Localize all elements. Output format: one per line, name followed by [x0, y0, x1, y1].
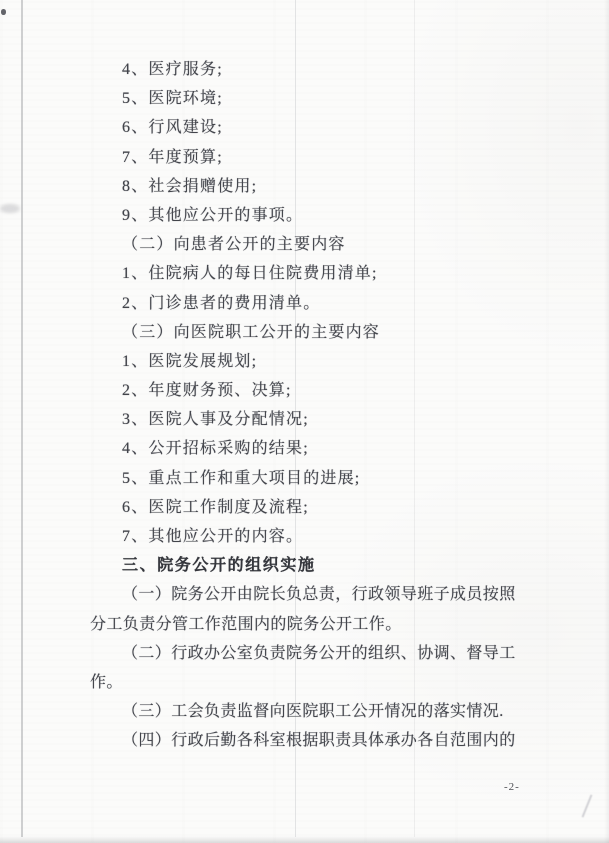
- scan-scratch: [582, 794, 593, 817]
- paragraph-line: （一）院务公开由院长负总责，行政领导班子成员按照: [90, 580, 526, 609]
- list-item: 4、公开招标采购的结果;: [90, 434, 526, 463]
- list-item: 6、行风建设;: [90, 113, 526, 142]
- list-item: 3、医院人事及分配情况;: [90, 405, 526, 434]
- paragraph-line: 作。: [90, 668, 526, 697]
- page-number: -2-: [504, 781, 520, 793]
- paragraph-line: （三）工会负责监督向医院职工公开情况的落实情况.: [90, 697, 526, 726]
- section-heading: 三、院务公开的组织实施: [90, 551, 526, 580]
- scanned-document-page: 4、医疗服务; 5、医院环境; 6、行风建设; 7、年度预算; 8、社会捐赠使用…: [0, 0, 609, 843]
- scan-fold-line: [21, 0, 23, 837]
- page-bottom-edge-shadow: [0, 836, 609, 843]
- list-item: 4、医疗服务;: [90, 55, 526, 84]
- list-item: 7、年度预算;: [90, 143, 526, 172]
- list-item: 2、门诊患者的费用清单。: [90, 289, 526, 318]
- paragraph-line: （四）行政后勤各科室根据职责具体承办各自范围内的: [90, 726, 526, 755]
- list-item: 1、住院病人的每日住院费用清单;: [90, 259, 526, 288]
- paragraph-line: （二）行政办公室负责院务公开的组织、协调、督导工: [90, 639, 526, 668]
- list-item: 7、其他应公开的内容。: [90, 522, 526, 551]
- list-item: 2、年度财务预、决算;: [90, 376, 526, 405]
- list-item: 9、其他应公开的事项。: [90, 201, 526, 230]
- scan-speck: [1, 9, 6, 15]
- paragraph-line: 分工负责分管工作范围内的院务公开工作。: [90, 610, 526, 639]
- scan-smudge: [0, 204, 20, 213]
- list-item: 6、医院工作制度及流程;: [90, 493, 526, 522]
- list-item: 8、社会捐赠使用;: [90, 172, 526, 201]
- document-body: 4、医疗服务; 5、医院环境; 6、行风建设; 7、年度预算; 8、社会捐赠使用…: [90, 55, 526, 756]
- page-right-edge-shadow: [604, 0, 609, 843]
- list-item: 1、医院发展规划;: [90, 347, 526, 376]
- list-item: 5、重点工作和重大项目的进展;: [90, 464, 526, 493]
- subsection-heading: （三）向医院职工公开的主要内容: [90, 318, 526, 347]
- list-item: 5、医院环境;: [90, 84, 526, 113]
- subsection-heading: （二）向患者公开的主要内容: [90, 230, 526, 259]
